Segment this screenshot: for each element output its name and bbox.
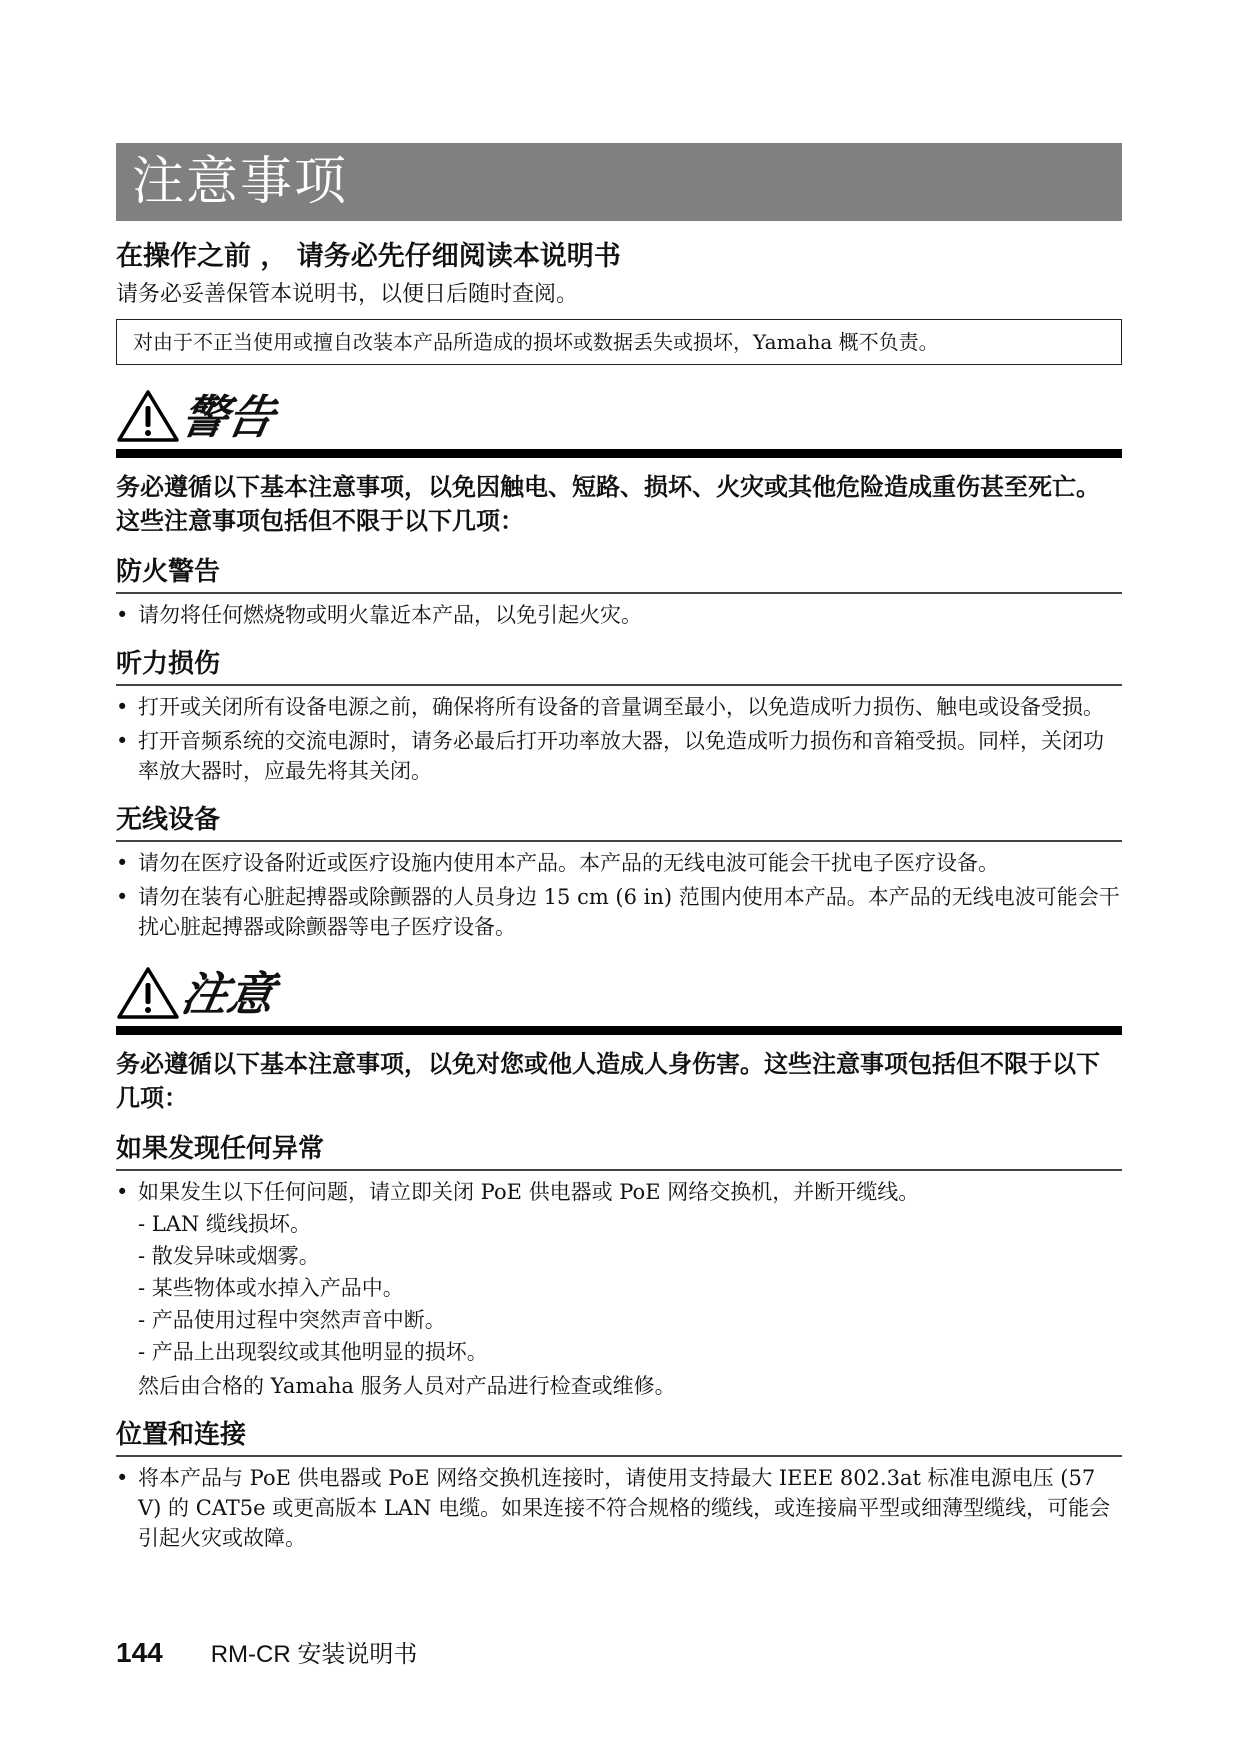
- list-item: 将本产品与 PoE 供电器或 PoE 网络交换机连接时，请使用支持最大 IEEE…: [116, 1463, 1122, 1553]
- list-item: 请勿在装有心脏起搏器或除颤器的人员身边 15 cm (6 in) 范围内使用本产…: [116, 882, 1122, 942]
- warning-header: 警告: [116, 391, 1122, 443]
- disclaimer-box: 对由于不正当使用或擅自改装本产品所造成的损坏或数据丢失或损坏，Yamaha 概不…: [116, 319, 1122, 365]
- sub-list-item: 某些物体或水掉入产品中。: [138, 1273, 1122, 1303]
- section-title-location: 位置和连接: [116, 1417, 1122, 1457]
- location-list: 将本产品与 PoE 供电器或 PoE 网络交换机连接时，请使用支持最大 IEEE…: [116, 1463, 1122, 1553]
- intro-subtext: 请务必妥善保管本说明书，以便日后随时查阅。: [116, 279, 1122, 311]
- list-item: 请勿在医疗设备附近或医疗设施内使用本产品。本产品的无线电波可能会干扰电子医疗设备…: [116, 848, 1122, 878]
- caution-header: 注意: [116, 968, 1122, 1020]
- list-item: 打开音频系统的交流电源时，请务必最后打开功率放大器，以免造成听力损伤和音箱受损。…: [116, 726, 1122, 786]
- abnormal-list: 如果发生以下任何问题，请立即关闭 PoE 供电器或 PoE 网络交换机，并断开缆…: [116, 1177, 1122, 1401]
- section-title-fire: 防火警告: [116, 554, 1122, 594]
- section-title-wireless: 无线设备: [116, 802, 1122, 842]
- warning-triangle-icon: [116, 389, 180, 443]
- sub-list-item: 产品上出现裂纹或其他明显的损坏。: [138, 1337, 1122, 1367]
- list-item: 打开或关闭所有设备电源之前，确保将所有设备的音量调至最小，以免造成听力损伤、触电…: [116, 692, 1122, 722]
- warning-label: 警告: [177, 391, 278, 443]
- caution-lead: 务必遵循以下基本注意事项，以免对您或他人造成人身伤害。这些注意事项包括但不限于以…: [116, 1047, 1122, 1115]
- section-title-abnormal: 如果发现任何异常: [116, 1131, 1122, 1171]
- document-name: RM-CR 安装说明书: [211, 1634, 418, 1669]
- sub-list-item: 散发异味或烟雾。: [138, 1241, 1122, 1271]
- warning-rule: [116, 449, 1122, 458]
- caution-label: 注意: [177, 968, 278, 1020]
- list-item: 如果发生以下任何问题，请立即关闭 PoE 供电器或 PoE 网络交换机，并断开缆…: [116, 1177, 1122, 1401]
- page-title: 注意事项: [116, 143, 1122, 221]
- hearing-list: 打开或关闭所有设备电源之前，确保将所有设备的音量调至最小，以免造成听力损伤、触电…: [116, 692, 1122, 786]
- document-page: 注意事项 在操作之前 ， 请务必先仔细阅读本说明书 请务必妥善保管本说明书，以便…: [116, 143, 1122, 1553]
- warning-lead: 务必遵循以下基本注意事项，以免因触电、短路、损坏、火灾或其他危险造成重伤甚至死亡…: [116, 470, 1122, 538]
- section-title-hearing: 听力损伤: [116, 646, 1122, 686]
- service-note: 然后由合格的 Yamaha 服务人员对产品进行检查或维修。: [138, 1371, 1122, 1401]
- intro-heading: 在操作之前 ， 请务必先仔细阅读本说明书: [116, 239, 1122, 275]
- warning-triangle-icon: [116, 966, 180, 1020]
- page-footer: 144 RM-CR 安装说明书: [116, 1634, 417, 1669]
- list-item-text: 如果发生以下任何问题，请立即关闭 PoE 供电器或 PoE 网络交换机，并断开缆…: [138, 1180, 919, 1204]
- sub-list-item: 产品使用过程中突然声音中断。: [138, 1305, 1122, 1335]
- wireless-list: 请勿在医疗设备附近或医疗设施内使用本产品。本产品的无线电波可能会干扰电子医疗设备…: [116, 848, 1122, 942]
- page-number: 144: [116, 1637, 163, 1669]
- abnormal-sub-list: LAN 缆线损坏。 散发异味或烟雾。 某些物体或水掉入产品中。 产品使用过程中突…: [138, 1209, 1122, 1367]
- sub-list-item: LAN 缆线损坏。: [138, 1209, 1122, 1239]
- fire-list: 请勿将任何燃烧物或明火靠近本产品，以免引起火灾。: [116, 600, 1122, 630]
- list-item: 请勿将任何燃烧物或明火靠近本产品，以免引起火灾。: [116, 600, 1122, 630]
- caution-rule: [116, 1026, 1122, 1035]
